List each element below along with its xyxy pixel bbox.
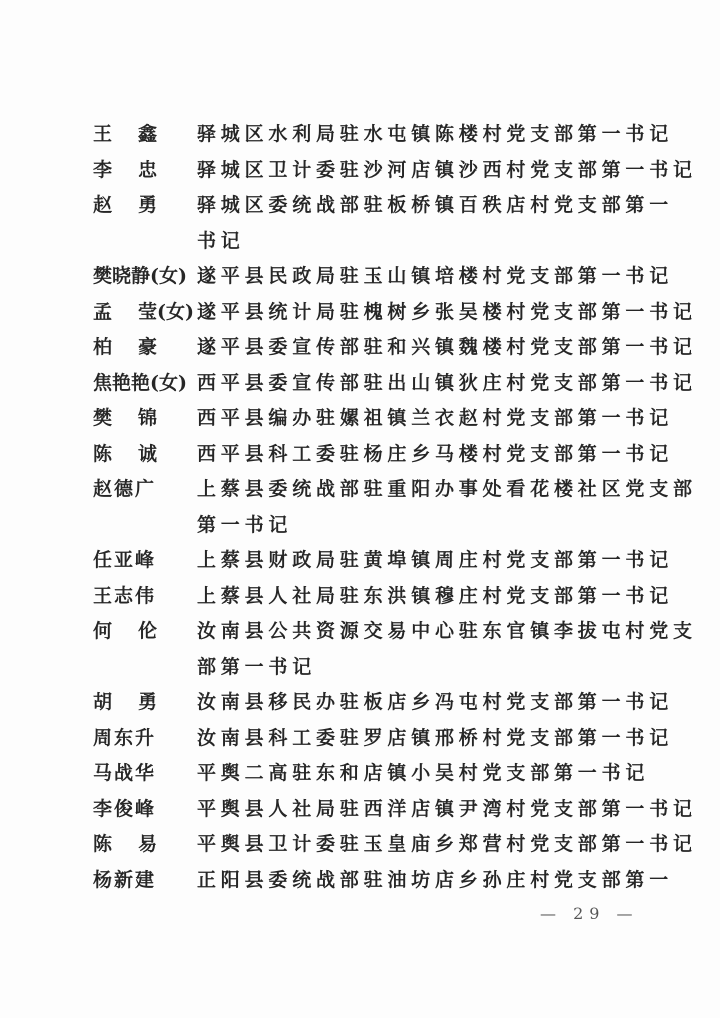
person-name: 周东升 — [93, 721, 156, 757]
list-item: 杨新建 正阳县委统战部驻油坊店乡孙庄村党支部第一 — [93, 863, 653, 899]
position-description: 汝南县公共资源交易中心驻东官镇李拔屯村党支 — [197, 614, 697, 650]
position-description: 驿城区水利局驻水屯镇陈楼村党支部第一书记 — [197, 117, 673, 153]
appointee-list: 王鑫 驿城区水利局驻水屯镇陈楼村党支部第一书记 李忠 驿城区卫计委驻沙河店镇沙西… — [93, 117, 653, 898]
person-name: 樊晓静(女) — [93, 259, 187, 295]
document-page: 王鑫 驿城区水利局驻水屯镇陈楼村党支部第一书记 李忠 驿城区卫计委驻沙河店镇沙西… — [0, 0, 720, 1018]
person-name: 陈诚 — [93, 437, 159, 473]
position-description: 上蔡县财政局驻黄埠镇周庄村党支部第一书记 — [197, 543, 673, 579]
position-description: 正阳县委统战部驻油坊店乡孙庄村党支部第一 — [197, 863, 673, 899]
list-item: 赵德广 上蔡县委统战部驻重阳办事处看花楼社区党支部 — [93, 472, 653, 508]
list-item: 樊晓静(女) 遂平县民政局驻玉山镇培楼村党支部第一书记 — [93, 259, 653, 295]
page-number: — 29 — — [540, 904, 639, 923]
list-item: 王鑫 驿城区水利局驻水屯镇陈楼村党支部第一书记 — [93, 117, 653, 153]
position-description-continued: 第一书记 — [197, 508, 292, 544]
person-name: 杨新建 — [93, 863, 156, 899]
position-description: 汝南县科工委驻罗店镇邢桥村党支部第一书记 — [197, 721, 673, 757]
position-description: 上蔡县人社局驻东洪镇穆庄村党支部第一书记 — [197, 579, 673, 615]
position-description: 平舆县卫计委驻玉皇庙乡郑营村党支部第一书记 — [197, 827, 697, 863]
position-description: 西平县编办驻嫘祖镇兰衣赵村党支部第一书记 — [197, 401, 673, 437]
person-name: 胡勇 — [93, 685, 159, 721]
position-description: 西平县委宣传部驻出山镇狄庄村党支部第一书记 — [197, 366, 697, 402]
list-item: 马战华 平舆二高驻东和店镇小吴村党支部第一书记 — [93, 756, 653, 792]
person-name: 柏豪 — [93, 330, 159, 366]
person-name: 陈易 — [93, 827, 159, 863]
person-name: 王志伟 — [93, 579, 156, 615]
person-name: 赵德广 — [93, 472, 156, 508]
list-item: 周东升 汝南县科工委驻罗店镇邢桥村党支部第一书记 — [93, 721, 653, 757]
position-description: 上蔡县委统战部驻重阳办事处看花楼社区党支部 — [197, 472, 697, 508]
person-name: 马战华 — [93, 756, 156, 792]
list-item: 胡勇 汝南县移民办驻板店乡冯屯村党支部第一书记 — [93, 685, 653, 721]
person-name: 樊锦 — [93, 401, 159, 437]
position-description: 遂平县民政局驻玉山镇培楼村党支部第一书记 — [197, 259, 673, 295]
position-description-continued: 书记 — [197, 224, 245, 260]
list-item: 赵勇 驿城区委统战部驻板桥镇百秩店村党支部第一 — [93, 188, 653, 224]
list-item: 樊锦 西平县编办驻嫘祖镇兰衣赵村党支部第一书记 — [93, 401, 653, 437]
position-description: 西平县科工委驻杨庄乡马楼村党支部第一书记 — [197, 437, 673, 473]
person-name: 何伦 — [93, 614, 159, 650]
list-item: 焦艳艳(女) 西平县委宣传部驻出山镇狄庄村党支部第一书记 — [93, 366, 653, 402]
list-item: 柏豪 遂平县委宣传部驻和兴镇魏楼村党支部第一书记 — [93, 330, 653, 366]
person-name: 焦艳艳(女) — [93, 366, 187, 402]
position-description: 遂平县委宣传部驻和兴镇魏楼村党支部第一书记 — [197, 330, 697, 366]
person-name: 李俊峰 — [93, 792, 156, 828]
list-item: 何伦 汝南县公共资源交易中心驻东官镇李拔屯村党支 — [93, 614, 653, 650]
position-description: 汝南县移民办驻板店乡冯屯村党支部第一书记 — [197, 685, 673, 721]
position-description: 驿城区委统战部驻板桥镇百秩店村党支部第一 — [197, 188, 673, 224]
position-description: 驿城区卫计委驻沙河店镇沙西村党支部第一书记 — [197, 153, 697, 189]
list-item: 王志伟 上蔡县人社局驻东洪镇穆庄村党支部第一书记 — [93, 579, 653, 615]
list-item-continuation: 书记 — [93, 224, 653, 260]
list-item: 任亚峰 上蔡县财政局驻黄埠镇周庄村党支部第一书记 — [93, 543, 653, 579]
position-description: 平舆县人社局驻西洋店镇尹湾村党支部第一书记 — [197, 792, 697, 828]
position-description-continued: 部第一书记 — [197, 650, 316, 686]
person-name: 赵勇 — [93, 188, 159, 224]
list-item: 陈易 平舆县卫计委驻玉皇庙乡郑营村党支部第一书记 — [93, 827, 653, 863]
position-description: 遂平县统计局驻槐树乡张吴楼村党支部第一书记 — [197, 295, 697, 331]
list-item-continuation: 部第一书记 — [93, 650, 653, 686]
list-item-continuation: 第一书记 — [93, 508, 653, 544]
list-item: 李忠 驿城区卫计委驻沙河店镇沙西村党支部第一书记 — [93, 153, 653, 189]
list-item: 孟莹(女) 遂平县统计局驻槐树乡张吴楼村党支部第一书记 — [93, 295, 653, 331]
person-name: 王鑫 — [93, 117, 159, 153]
person-name: 孟莹(女) — [93, 295, 194, 331]
person-name: 任亚峰 — [93, 543, 156, 579]
position-description: 平舆二高驻东和店镇小吴村党支部第一书记 — [197, 756, 649, 792]
list-item: 李俊峰 平舆县人社局驻西洋店镇尹湾村党支部第一书记 — [93, 792, 653, 828]
person-name: 李忠 — [93, 153, 159, 189]
list-item: 陈诚 西平县科工委驻杨庄乡马楼村党支部第一书记 — [93, 437, 653, 473]
